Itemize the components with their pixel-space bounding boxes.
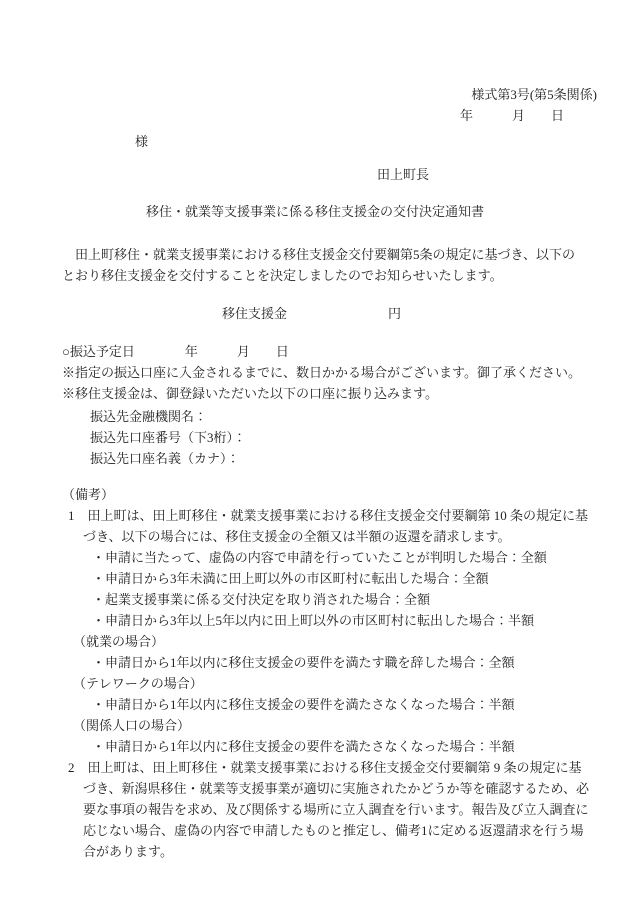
remark2-line: 2 田上町は、田上町移住・就業支援事業における移住支援金交付要綱第 9 条の規定… xyxy=(68,757,568,778)
remark1-bullet: ・申請に当たって、虚偽の内容で申請を行っていたことが判明した場合：全額 xyxy=(92,547,568,568)
case-bullet: ・申請日から1年以内に移住支援金の要件を満たさなくなった場合：半額 xyxy=(92,736,568,757)
remark1-line: 1 田上町は、田上町移住・就業支援事業における移住支援金交付要綱第 10 条の規… xyxy=(68,505,568,526)
form-number: 様式第3号(第5条関係) xyxy=(62,84,597,105)
remark2-line: づき、新潟県移住・就業等支援事業が適切に実施されたかどうか等を確認するため、必 xyxy=(83,778,568,799)
issue-date-line: 年 月 日 xyxy=(62,105,564,126)
notice-document-page: 様式第3号(第5条関係) 年 月 日 様 田上町長 移住・就業等支援事業に係る移… xyxy=(0,0,630,903)
remarks-header: （備考） xyxy=(62,484,568,505)
note-line: ※指定の振込口座に入金されるまでに、数日かかる場合がございます。御了承ください。 xyxy=(62,362,568,383)
amount-unit: 円 xyxy=(388,306,401,321)
case-label-employment: （就業の場合） xyxy=(73,631,568,652)
bank-field-line: 振込先金融機関名： xyxy=(90,406,568,427)
case-label-telework: （テレワークの場合） xyxy=(73,673,568,694)
bank-field-line: 振込先口座番号（下3桁）： xyxy=(90,427,568,448)
remark2-line: 応じない場合、虚偽の内容で申請したものと推定し、備考1に定める返還請求を行う場 xyxy=(83,820,568,841)
transfer-date-blank: 年 月 日 xyxy=(185,344,289,359)
case-bullet: ・申請日から1年以内に移住支援金の要件を満たす職を辞した場合：全額 xyxy=(92,652,568,673)
bank-field-line: 振込先口座名義（カナ）： xyxy=(90,448,568,469)
remark1-bullet: ・起業支援事業に係る交付決定を取り消された場合：全額 xyxy=(92,589,568,610)
amount-line: 移住支援金円 xyxy=(222,303,568,324)
remark2-line: 要な事項の報告を求め、及び関係する場所に立入調査を行います。報告及び立入調査に xyxy=(83,799,568,820)
addressee-honorific: 様 xyxy=(135,131,568,152)
transfer-date-label: ○振込予定日 xyxy=(62,344,135,359)
remark1-line: づき、以下の場合には、移住支援金の全額又は半額の返還を請求します。 xyxy=(83,526,568,547)
document-title: 移住・就業等支援事業に係る移住支援金の交付決定通知書 xyxy=(62,201,568,222)
amount-value-blank xyxy=(287,304,388,318)
remark1-bullet: ・申請日から3年未満に田上町以外の市区町村に転出した場合：全額 xyxy=(92,568,568,589)
note-line: ※移住支援金は、御登録いただいた以下の口座に振り込みます。 xyxy=(62,383,568,404)
intro-line: 田上町移住・就業支援事業における移住支援金交付要綱第5条の規定に基づき、以下の xyxy=(62,244,568,265)
sender-title: 田上町長 xyxy=(377,164,568,185)
case-label-related-population: （関係人口の場合） xyxy=(73,715,568,736)
transfer-date-line: ○振込予定日年 月 日 xyxy=(62,341,568,362)
remark1-bullet: ・申請日から3年以上5年以内に田上町以外の市区町村に転出した場合：半額 xyxy=(92,610,568,631)
case-bullet: ・申請日から1年以内に移住支援金の要件を満たさなくなった場合：半額 xyxy=(92,694,568,715)
amount-label: 移住支援金 xyxy=(222,306,287,321)
remark2-line: 合があります。 xyxy=(83,841,568,862)
intro-line: とおり移住支援金を交付することを決定しましたのでお知らせいたします。 xyxy=(62,265,568,286)
